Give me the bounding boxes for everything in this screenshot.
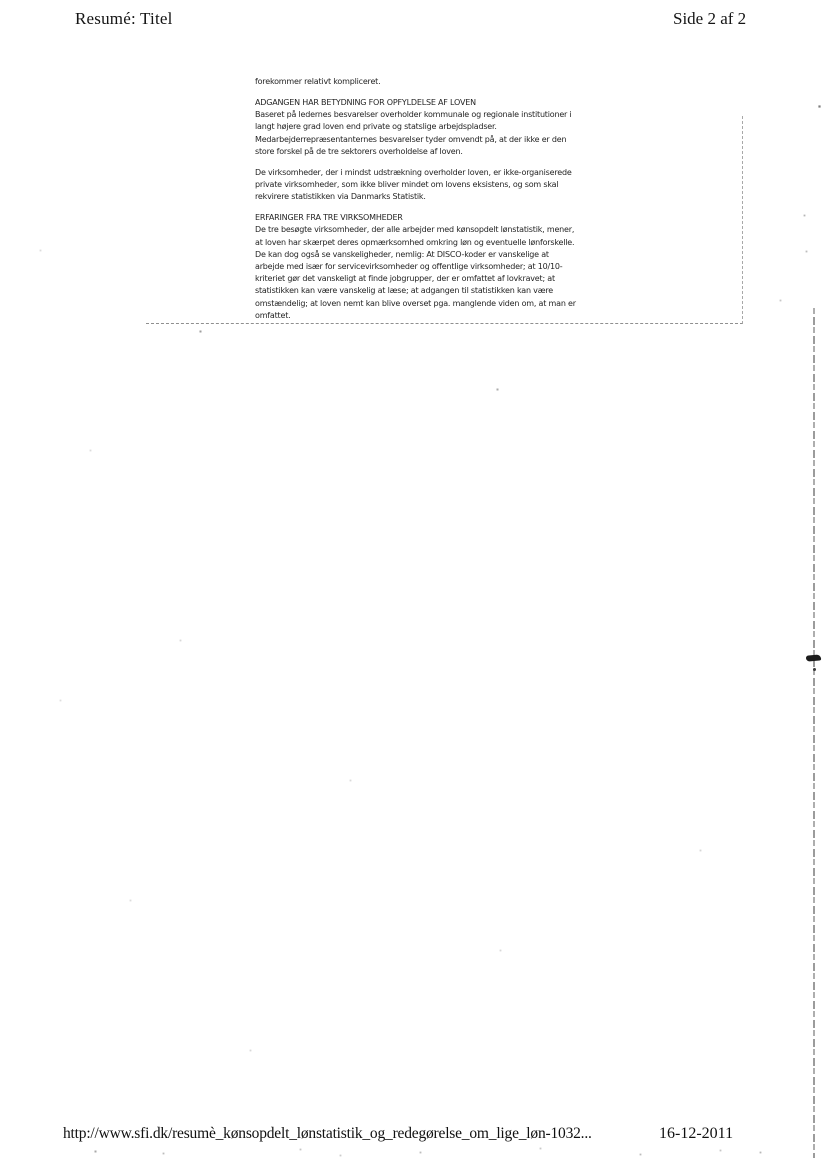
footer-print-date: 16-12-2011 [659, 1125, 733, 1143]
section-erfaringer: ERFARINGER FRA TRE VIRKSOMHEDER De tre b… [255, 212, 595, 322]
document-body-text: forekommer relativt kompliceret. ADGANGE… [255, 76, 595, 331]
scan-noise-speckles [0, 0, 1, 1]
scan-smudge-artifact [806, 654, 821, 661]
page-number: Side 2 af 2 [673, 9, 746, 29]
intro-paragraph: forekommer relativt kompliceret. [255, 76, 595, 88]
document-title: Resumé: Titel [75, 9, 173, 29]
scanned-document-page: Resumé: Titel Side 2 af 2 forekommer rel… [0, 0, 825, 1168]
section-adgangen: ADGANGEN HAR BETYDNING FOR OPFYLDELSE AF… [255, 97, 595, 158]
scan-edge-artifact [813, 308, 815, 1158]
paragraph: Baseret på ledernes besvarelser overhold… [255, 109, 595, 158]
paragraph: De virksomheder, der i mindst udstræknin… [255, 167, 595, 204]
section-heading-erfaringer: ERFARINGER FRA TRE VIRKSOMHEDER [255, 212, 595, 224]
footer-source-url: http://www.sfi.dk/resumè_kønsopdelt_løns… [63, 1125, 592, 1143]
section-heading-adgangen: ADGANGEN HAR BETYDNING FOR OPFYLDELSE AF… [255, 97, 595, 109]
paragraph: De tre besøgte virksomheder, der alle ar… [255, 224, 595, 322]
